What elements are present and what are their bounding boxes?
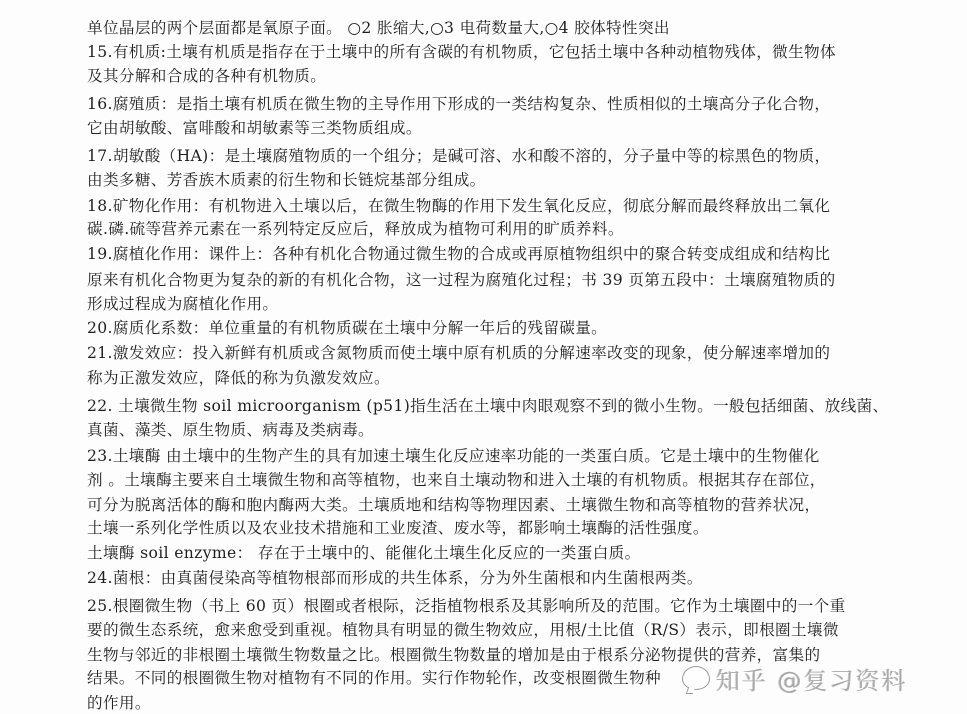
- text-line: 真菌、藻类、原生物质、病毒及类病毒。: [87, 420, 374, 440]
- document-page: 单位晶层的两个层面都是氧原子面。 ○2 胀缩大,○3 电荷数量大,○4 胶体特性…: [0, 0, 967, 714]
- text-line: 土壤一系列化学性质以及农业技术措施和工业废渣、废水等，都影响土壤酶的活性强度。: [87, 518, 709, 538]
- text-line: 由类多糖、芳香族木质素的衍生物和长链烷基部分组成。: [87, 170, 486, 190]
- text-line: 及其分解和合成的各种有机物质。: [87, 66, 326, 86]
- text-line: 可分为脱离活体的酶和胞内酶两大类。土壤质地和结构等物理因素、土壤微生物和高等植物…: [87, 495, 820, 515]
- text-line: 单位晶层的两个层面都是氧原子面。 ○2 胀缩大,○3 电荷数量大,○4 胶体特性…: [87, 18, 670, 38]
- text-line: 原来有机化合物更为复杂的新的有机化合物，这一过程为腐殖化过程；书 39 页第五段…: [87, 270, 836, 290]
- text-line: 要的微生态系统，愈来愈受到重视。植物具有明显的微生物效应，用根/土比值（R/S）…: [87, 620, 839, 640]
- text-line: 17.胡敏酸（HA)：是土壤腐殖物质的一个组分；是碱可溶、水和酸不溶的，分子量中…: [87, 146, 830, 166]
- text-line: 碳.磷.硫等营养元素在一系列特定反应后，释放成为植物可利用的旷质养料。: [87, 219, 624, 239]
- text-line: 20.腐质化系数：单位重量的有机物质碳在土壤中分解一年后的残留碳量。: [87, 318, 607, 338]
- text-line: 19.腐植化作用：课件上：各种有机化合物通过微生物的合成或再原植物组织中的聚合转…: [87, 244, 830, 264]
- text-line: 剂 。土壤酶主要来自土壤微生物和高等植物，也来自土壤动物和进入土壤的有机物质。根…: [87, 470, 826, 490]
- text-line: 23.土壤酶 由土壤中的生物产生的具有加速土壤生化反应速率功能的一类蛋白质。它是…: [87, 446, 820, 466]
- text-line: 结果。不同的根圈微生物对植物有不同的作用。实行作物轮作，改变根圈微生物种: [87, 668, 661, 688]
- watermark-text: 知乎 @复习资料: [716, 661, 908, 696]
- text-line: 18.矿物化作用：有机物进入土壤以后，在微生物酶的作用下发生氧化反应，彻底分解而…: [87, 196, 830, 216]
- text-line: 称为正激发效应，降低的称为负激发效应。: [87, 368, 390, 388]
- watermark: 知乎 @复习资料: [682, 662, 908, 694]
- text-line: 形成过程成为腐植化作用。: [87, 294, 278, 314]
- text-line: 土壤酶 soil enzyme： 存在于土壤中的、能催化土壤生化反应的一类蛋白质…: [87, 543, 641, 563]
- text-line: 的作用。: [87, 693, 151, 713]
- text-line: 它由胡敏酸、富啡酸和胡敏素等三类物质组成。: [87, 118, 422, 138]
- text-line: 15.有机质:土壤有机质是指存在于土壤中的所有含碳的有机物质，它包括土壤中各种动…: [87, 42, 836, 62]
- text-line: 25.根圈微生物（书上 60 页）根圈或者根际，泛指植物根系及其影响所及的范围。…: [87, 596, 846, 616]
- text-line: 24.菌根：由真菌侵染高等植物根部而形成的共生体系，分为外生菌根和内生菌根两类。: [87, 568, 703, 588]
- text-line: 21.激发效应：投入新鲜有机质或含氮物质而使土壤中原有机质的分解速率改变的现象，…: [87, 343, 830, 363]
- text-line: 16.腐殖质：是指土壤有机质在微生物的主导作用下形成的一类结构复杂、性质相似的土…: [87, 94, 830, 114]
- text-line: 22. 土壤微生物 soil microorganism (p51)指生活在土壤…: [87, 396, 888, 416]
- chat-bubble-icon: [682, 666, 710, 690]
- text-line: 生物与邻近的非根圈土壤微生物数量之比。根圈微生物数量的增加是由于根系分泌物提供的…: [87, 645, 820, 665]
